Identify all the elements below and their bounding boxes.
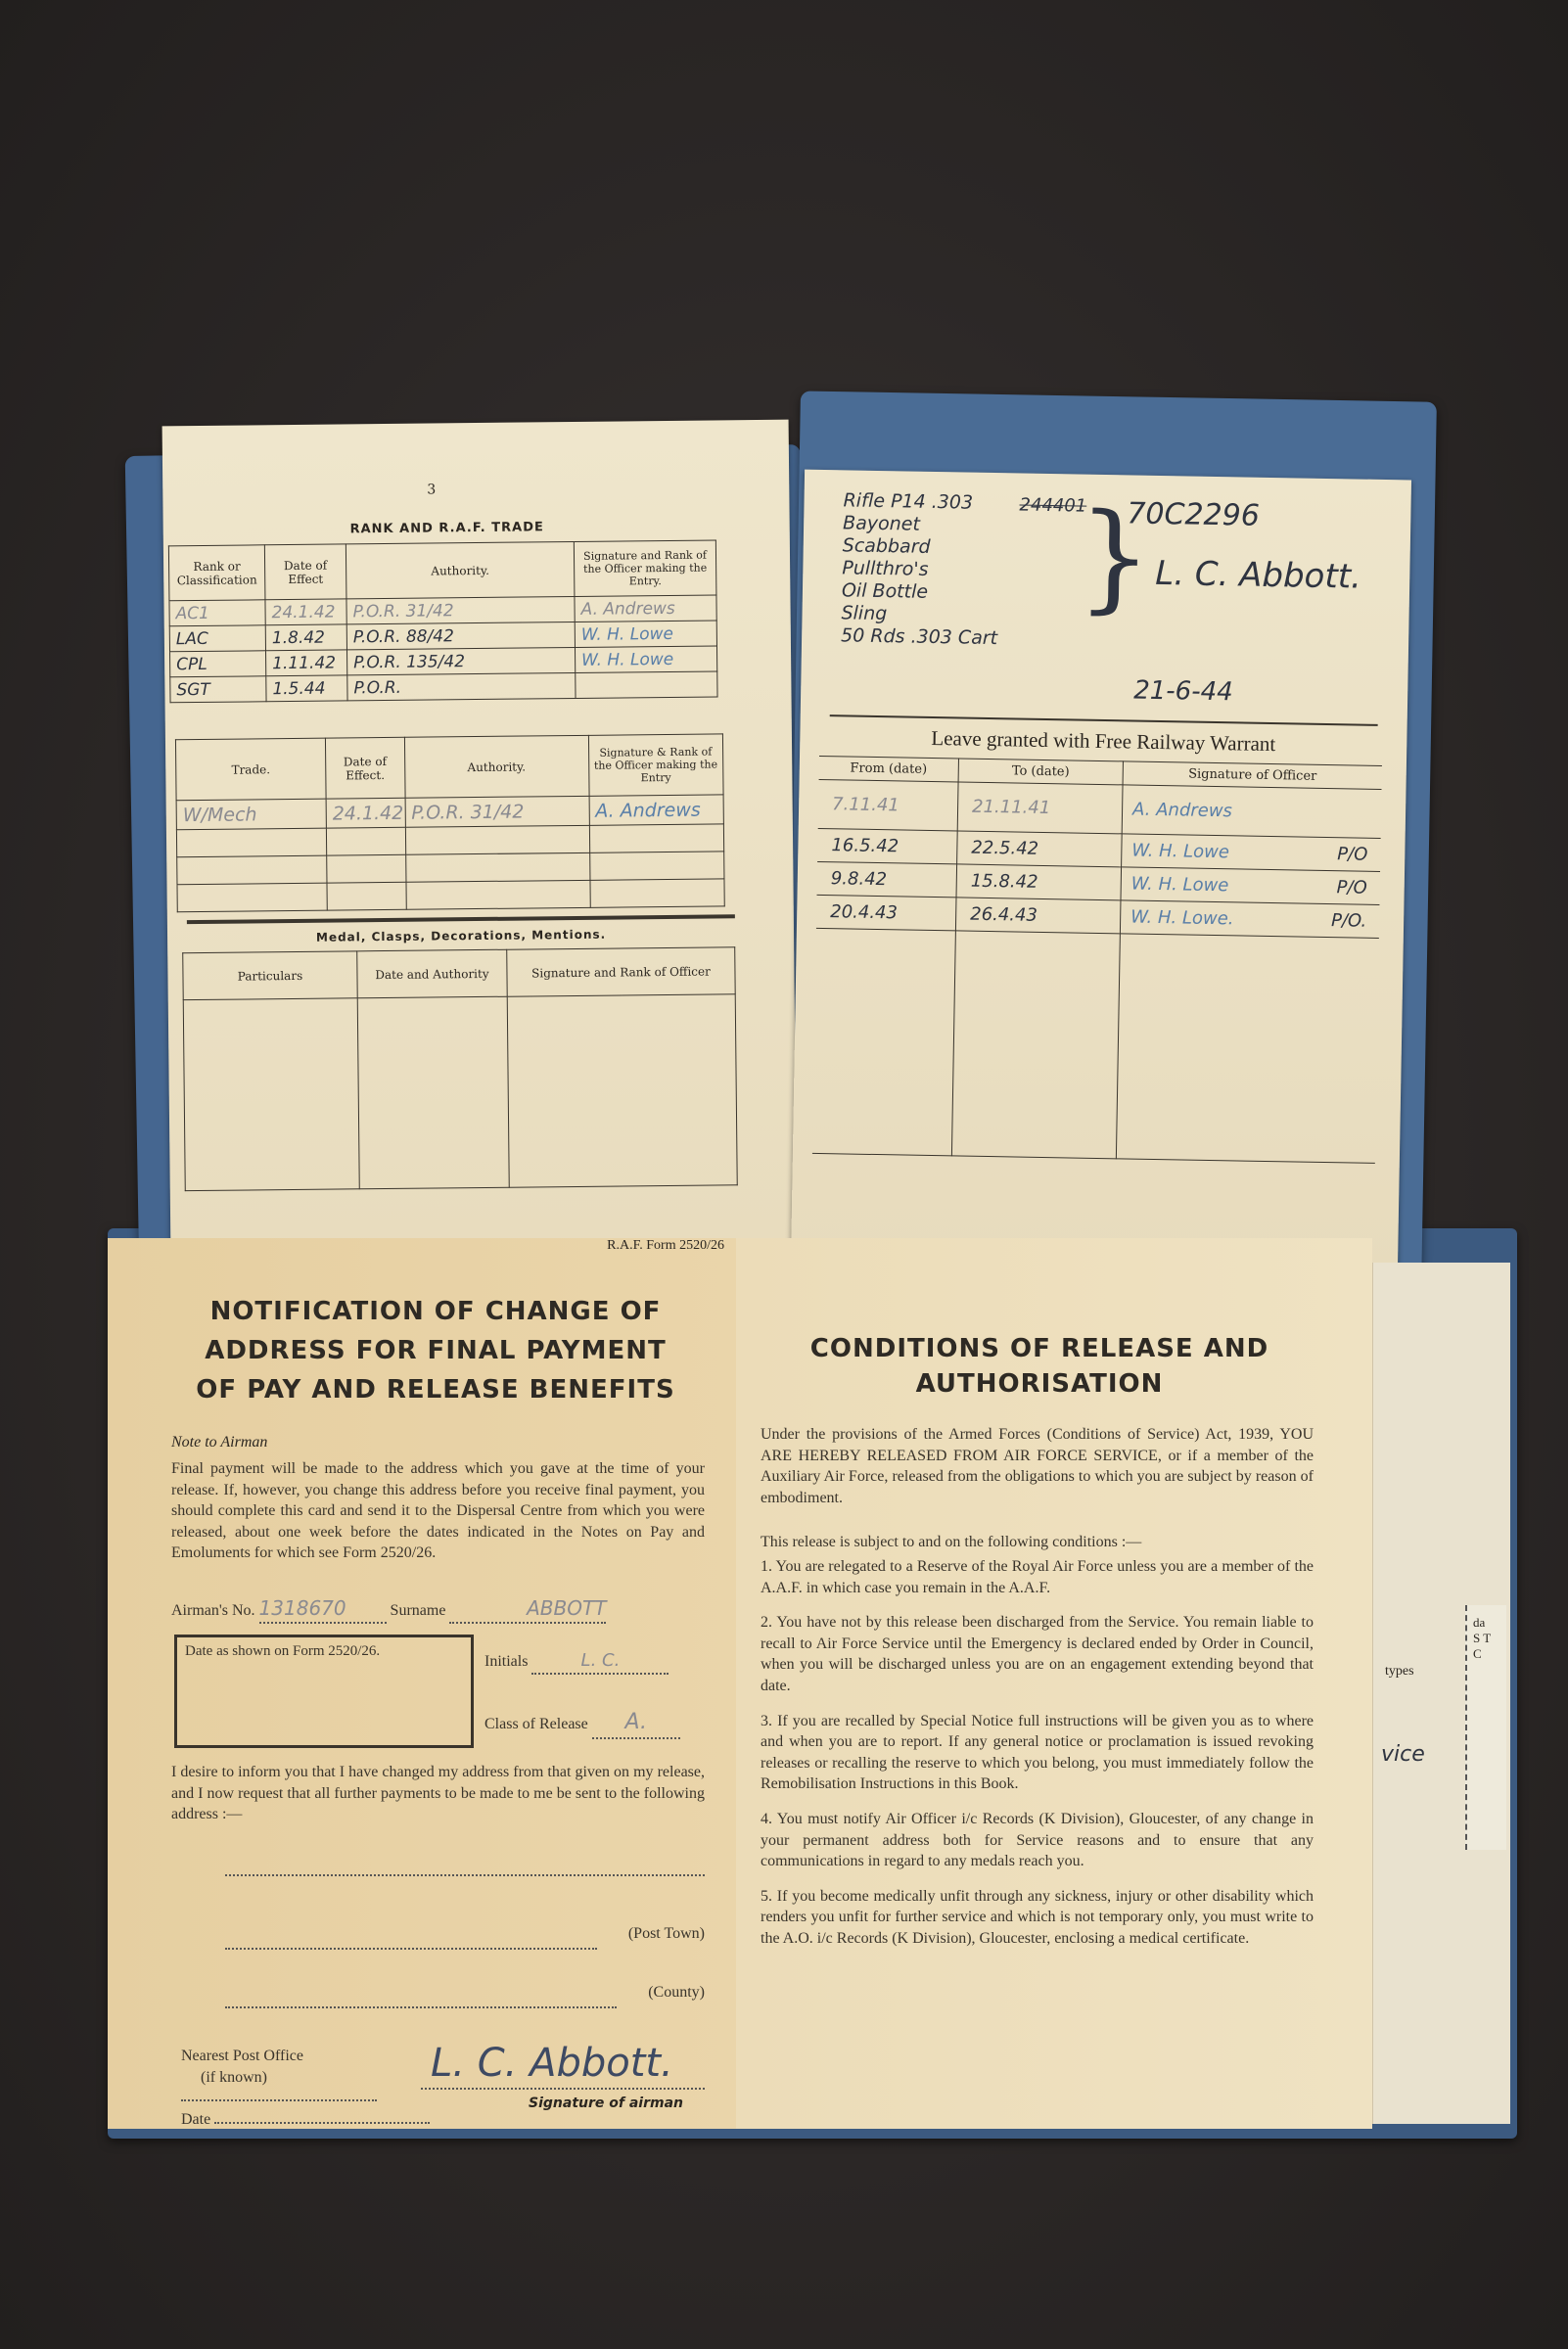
post-office-sub: (if known) bbox=[181, 2067, 303, 2089]
trade-empty-row bbox=[177, 879, 724, 912]
leave-cell-from: 20.4.43 bbox=[816, 895, 956, 930]
address-line-post-town[interactable]: (Post Town) bbox=[225, 1923, 705, 1945]
rank-cell-authority: P.O.R. 135/42 bbox=[346, 647, 575, 674]
tab-text: da S T C bbox=[1473, 1615, 1493, 1662]
col-particulars: Particulars bbox=[183, 951, 357, 1000]
declaration: I desire to inform you that I have chang… bbox=[171, 1762, 705, 1825]
col-date-authority: Date and Authority bbox=[357, 949, 507, 998]
date-label: Date bbox=[181, 2111, 210, 2128]
medal-table-empty-row bbox=[183, 994, 737, 1191]
leave-cell-from: 7.11.41 bbox=[818, 779, 958, 830]
leave-cell-from: 16.5.42 bbox=[817, 828, 957, 863]
rank-cell-rank: CPL bbox=[170, 651, 266, 677]
county-line bbox=[225, 2006, 617, 2008]
conditions-title: CONDITIONS OF RELEASE AND AUTHORISATION bbox=[765, 1331, 1314, 1402]
surname-field: ABBOTT bbox=[449, 1595, 606, 1624]
condition-item: 4. You must notify Air Officer i/c Recor… bbox=[761, 1809, 1314, 1872]
equipment-item: 50 Rds .303 Cart bbox=[841, 624, 997, 650]
officer-signature: W. H. Lowe bbox=[1131, 841, 1229, 863]
condition-item: 5. If you become medically unfit through… bbox=[761, 1886, 1314, 1950]
post-town-label: (Post Town) bbox=[628, 1925, 705, 1942]
condition-item: 1. You are relegated to a Reserve of the… bbox=[761, 1556, 1314, 1598]
date-field[interactable] bbox=[214, 2122, 430, 2124]
leave-empty-row bbox=[812, 928, 1379, 1163]
conditions-list: 1. You are relegated to a Reserve of the… bbox=[761, 1556, 1314, 1963]
officer-rank: P/O bbox=[1336, 877, 1366, 898]
col-trade-authority: Authority. bbox=[404, 735, 589, 798]
officer-signature: W. H. Lowe. bbox=[1130, 907, 1234, 930]
officer-signature: W. H. Lowe bbox=[1131, 874, 1229, 897]
col-from: From (date) bbox=[819, 756, 959, 781]
issue-date: 21-6-44 bbox=[1133, 676, 1233, 708]
leave-table: From (date) To (date) Signature of Offic… bbox=[812, 756, 1382, 1164]
initials-field: L. C. bbox=[531, 1649, 669, 1675]
types-fragment: types bbox=[1385, 1664, 1414, 1680]
rank-cell-rank: AC1 bbox=[169, 600, 265, 626]
col-officer-signature: Signature and Rank of Officer bbox=[507, 947, 735, 996]
signature-line bbox=[421, 2088, 705, 2090]
divider bbox=[830, 714, 1378, 726]
class-row: Class of Release A. bbox=[484, 1708, 719, 1739]
initials-row: Initials L. C. bbox=[484, 1649, 710, 1675]
date-row: Date bbox=[181, 2109, 430, 2131]
address-line-county[interactable]: (County) bbox=[225, 1982, 705, 2004]
equipment-list: Rifle P14 .303BayonetScabbardPullthro'sO… bbox=[841, 489, 1000, 650]
rank-cell-authority: P.O.R. bbox=[347, 672, 576, 700]
leave-cell-from: 9.8.42 bbox=[817, 861, 957, 897]
airman-number-row: Airman's No. 1318670 Surname ABBOTT bbox=[171, 1595, 710, 1624]
class-label: Class of Release bbox=[484, 1716, 588, 1732]
trade-cell-date: 24.1.42 bbox=[326, 798, 405, 828]
handwritten-fragment: vice bbox=[1381, 1742, 1425, 1767]
rank-cell-authority: P.O.R. 31/42 bbox=[346, 596, 575, 623]
serial-number: 70C2296 bbox=[1127, 496, 1260, 532]
rank-table: Rank or Classification Date of Effect Au… bbox=[168, 539, 718, 703]
rank-cell-date: 1.5.44 bbox=[266, 675, 347, 702]
col-trade-date: Date of Effect. bbox=[325, 737, 404, 799]
condition-item: 3. If you are recalled by Special Notice… bbox=[761, 1711, 1314, 1795]
surname-label: Surname bbox=[391, 1602, 446, 1619]
rank-cell-rank: SGT bbox=[170, 676, 266, 703]
col-trade-signature: Signature & Rank of the Officer making t… bbox=[588, 734, 723, 796]
section-title: RANK AND R.A.F. TRADE bbox=[222, 519, 672, 538]
col-rank: Rank or Classification bbox=[168, 545, 265, 601]
rank-cell-signature: A. Andrews bbox=[575, 595, 716, 622]
date-box: Date as shown on Form 2520/26. bbox=[174, 1635, 474, 1748]
trade-cell-trade: W/Mech bbox=[176, 799, 326, 830]
equipment-item: Pullthro's bbox=[842, 557, 998, 582]
airman-number-field: 1318670 bbox=[259, 1595, 387, 1624]
county-label: (County) bbox=[648, 1984, 705, 2001]
leave-cell-signature: A. Andrews bbox=[1122, 785, 1381, 839]
airman-number-label: Airman's No. bbox=[171, 1602, 255, 1619]
intro-paragraph: Under the provisions of the Armed Forces… bbox=[761, 1424, 1314, 1508]
col-date: Date of Effect bbox=[264, 544, 346, 600]
tear-off-tab: da S T C bbox=[1465, 1605, 1506, 1850]
officer-signature: A. Andrews bbox=[1132, 800, 1232, 822]
equipment-item: Bayonet bbox=[843, 512, 999, 537]
rank-table-header: Rank or Classification Date of Effect Au… bbox=[168, 540, 716, 601]
note-heading: Note to Airman bbox=[171, 1434, 267, 1451]
col-to: To (date) bbox=[958, 759, 1123, 785]
class-field: A. bbox=[592, 1708, 680, 1739]
rank-cell-signature: W. H. Lowe bbox=[575, 646, 716, 673]
date-box-label: Date as shown on Form 2520/26. bbox=[177, 1637, 471, 1665]
leave-cell-to: 15.8.42 bbox=[956, 864, 1122, 900]
leave-cell-to: 21.11.41 bbox=[957, 782, 1123, 834]
conditions-title-line2: AUTHORISATION bbox=[765, 1366, 1314, 1402]
page-title: NOTIFICATION OF CHANGE OF ADDRESS FOR FI… bbox=[181, 1292, 690, 1409]
signature-label: Signature of airman bbox=[529, 2096, 683, 2111]
officer-rank: P/O bbox=[1337, 844, 1367, 865]
address-line-1[interactable] bbox=[225, 1874, 705, 1876]
rank-cell-date: 24.1.42 bbox=[265, 599, 346, 625]
struck-number: 244401 bbox=[1019, 494, 1086, 516]
medal-table: Particulars Date and Authority Signature… bbox=[182, 946, 738, 1191]
rank-cell-rank: LAC bbox=[169, 625, 265, 652]
leave-cell-signature: W. H. Lowe.P/O. bbox=[1120, 900, 1379, 939]
owner-signature: L. C. Abbott. bbox=[1155, 554, 1361, 597]
equipment-item: Scabbard bbox=[843, 534, 999, 560]
rank-row: SGT1.5.44P.O.R. bbox=[170, 671, 717, 703]
conditions-title-line1: CONDITIONS OF RELEASE AND bbox=[765, 1331, 1314, 1366]
conditions-lead: This release is subject to and on the fo… bbox=[761, 1532, 1314, 1553]
airman-signature: L. C. Abbott. bbox=[431, 2041, 673, 2086]
medal-section-title: Medal, Clasps, Decorations, Mentions. bbox=[187, 914, 735, 945]
leave-cell-signature: W. H. LoweP/O bbox=[1121, 867, 1380, 905]
col-authority: Authority. bbox=[346, 541, 575, 598]
rank-cell-signature: W. H. Lowe bbox=[575, 621, 716, 648]
post-office-label: Nearest Post Office (if known) bbox=[181, 2046, 303, 2088]
leave-title: Leave granted with Free Railway Warrant bbox=[829, 724, 1377, 759]
officer-rank: P/O. bbox=[1331, 910, 1366, 932]
post-office-label-text: Nearest Post Office bbox=[181, 2046, 303, 2067]
leave-table-body: 7.11.4121.11.41A. Andrews16.5.4222.5.42W… bbox=[816, 779, 1382, 938]
col-trade: Trade. bbox=[175, 738, 326, 801]
rank-and-trade-card: 3 RANK AND R.A.F. TRADE Rank or Classifi… bbox=[162, 420, 798, 1254]
leave-cell-to: 26.4.43 bbox=[955, 898, 1121, 934]
post-office-line[interactable] bbox=[181, 2099, 377, 2101]
notification-page: R.A.F. Form 2520/26 NOTIFICATION OF CHAN… bbox=[108, 1238, 744, 2129]
rank-table-body: AC124.1.42P.O.R. 31/42A. AndrewsLAC1.8.4… bbox=[169, 595, 717, 703]
conditions-page: CONDITIONS OF RELEASE AND AUTHORISATION … bbox=[736, 1238, 1372, 2129]
rank-cell-date: 1.11.42 bbox=[266, 650, 347, 676]
rank-cell-authority: P.O.R. 88/42 bbox=[346, 622, 575, 649]
col-signature: Signature and Rank of the Officer making… bbox=[574, 540, 716, 597]
trade-table: Trade. Date of Effect. Authority. Signat… bbox=[175, 733, 725, 912]
trade-cell-signature: A. Andrews bbox=[589, 795, 724, 825]
condition-item: 2. You have not by this release been dis… bbox=[761, 1612, 1314, 1696]
trade-table-header: Trade. Date of Effect. Authority. Signat… bbox=[175, 734, 723, 801]
equipment-and-leave-card: Rifle P14 .303BayonetScabbardPullthro'sO… bbox=[791, 470, 1411, 1273]
leave-cell-to: 22.5.42 bbox=[957, 831, 1123, 867]
equipment-item: Rifle P14 .303 bbox=[843, 489, 999, 515]
trade-table-body: W/Mech24.1.42P.O.R. 31/42A. Andrews bbox=[176, 795, 724, 912]
note-text: Final payment will be made to the addres… bbox=[171, 1458, 705, 1564]
page-number: 3 bbox=[427, 482, 436, 497]
equipment-item: Sling bbox=[841, 602, 997, 627]
form-reference: R.A.F. Form 2520/26 bbox=[607, 1238, 724, 1254]
rank-cell-signature bbox=[576, 671, 717, 699]
leave-cell-signature: W. H. LoweP/O bbox=[1122, 834, 1381, 872]
equipment-item: Oil Bottle bbox=[842, 579, 998, 605]
trade-cell-authority: P.O.R. 31/42 bbox=[405, 796, 589, 827]
rank-cell-date: 1.8.42 bbox=[265, 624, 346, 651]
medal-table-header: Particulars Date and Authority Signature… bbox=[183, 947, 735, 1000]
post-town-line bbox=[225, 1948, 597, 1950]
initials-label: Initials bbox=[484, 1653, 528, 1670]
